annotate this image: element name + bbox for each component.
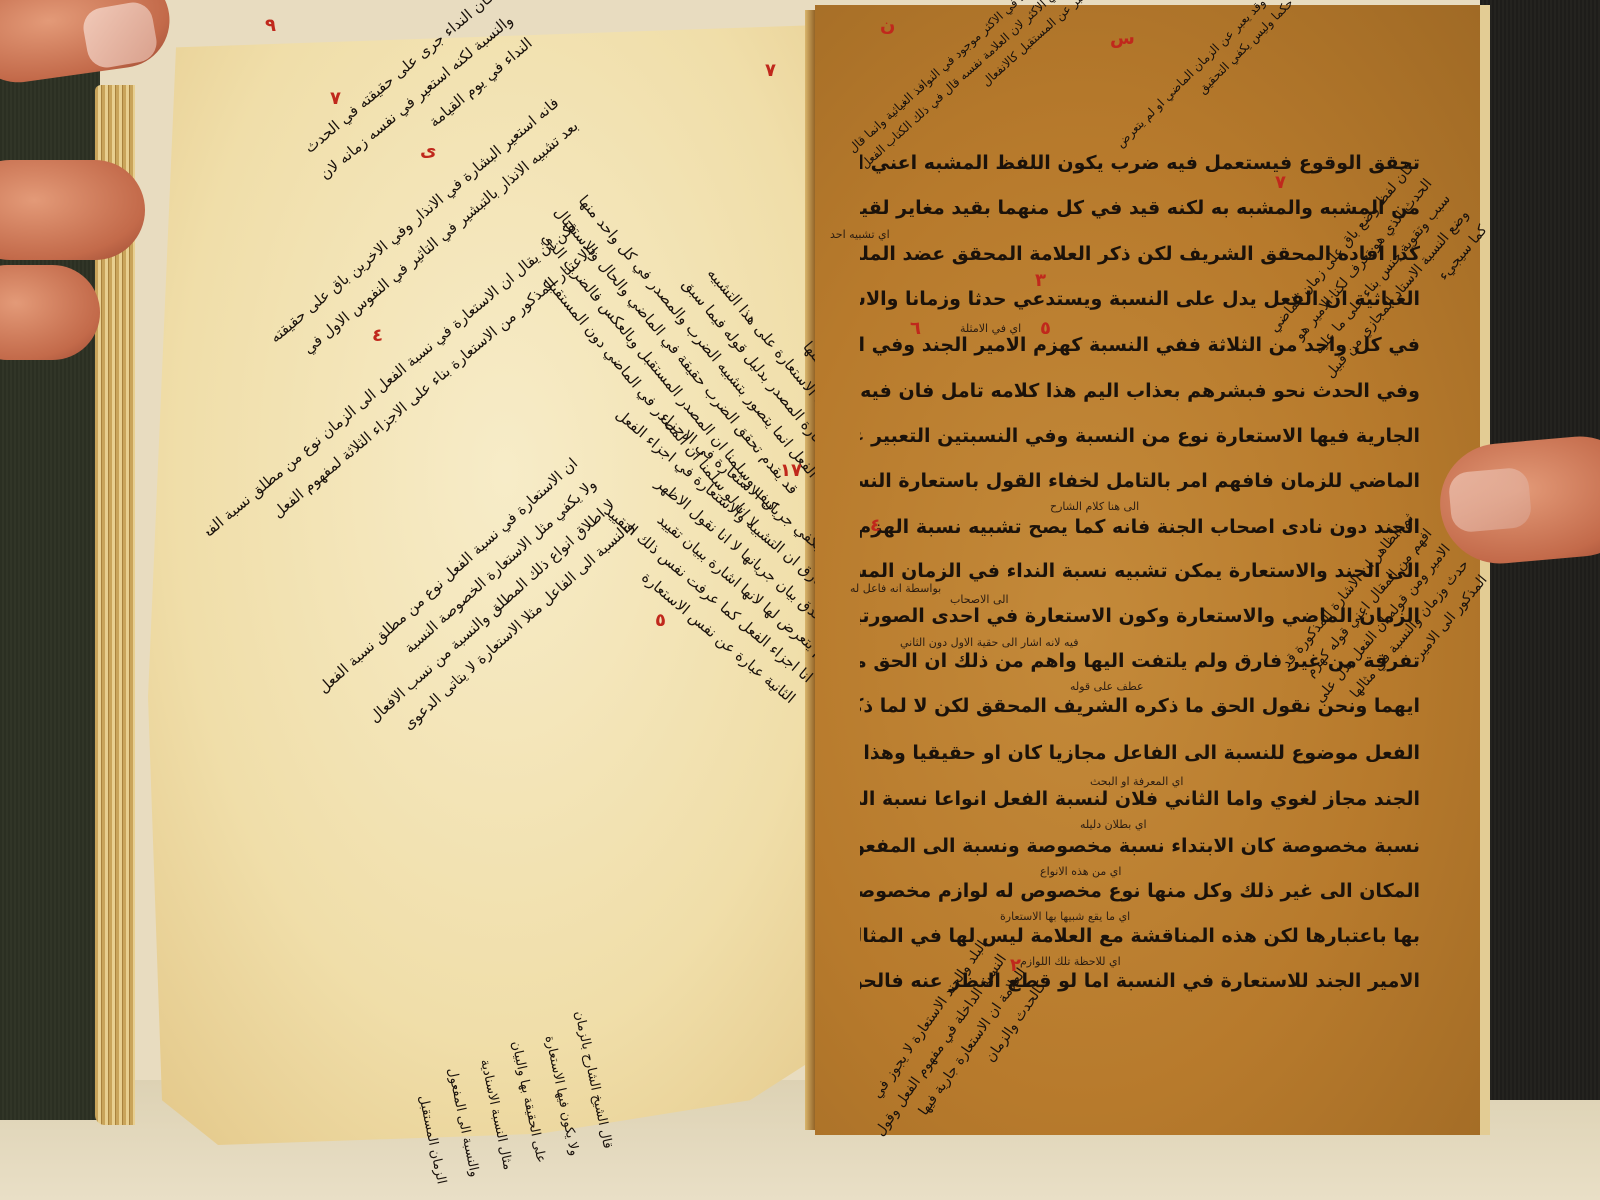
rubric-marker: ٤ <box>372 325 383 346</box>
finger-left-middle <box>0 160 145 260</box>
main-text-line: الجند مجاز لغوي واما الثاني فلان لنسبة ا… <box>860 788 1420 810</box>
main-text-line: الامير الجند للاستعارة في النسبة اما لو … <box>860 970 1420 992</box>
interlinear-gloss: الى هنا كلام الشارح <box>1050 500 1139 513</box>
main-text-line: ايهما ونحن نقول الحق ما ذكره الشريف المح… <box>860 695 1420 717</box>
main-text-line: الجارية فيها الاستعارة نوع من النسبة وفي… <box>860 425 1420 447</box>
main-text-line: في كل واحد من الثلاثة ففي النسبة كهزم ال… <box>860 334 1420 356</box>
fingernail <box>1448 467 1533 534</box>
rubric-marker: ٧ <box>1275 172 1286 193</box>
rubric-marker: ٢ <box>1010 955 1021 976</box>
main-text-line: تحقق الوقوع فيستعمل فيه ضرب يكون اللفظ ا… <box>860 152 1420 174</box>
interlinear-gloss: اي من هذه الانواع <box>1040 865 1121 878</box>
main-text-line: وفي الحدث نحو فبشرهم بعذاب اليم هذا كلام… <box>860 380 1420 402</box>
interlinear-gloss: بواسطة انه فاعل له <box>850 582 941 595</box>
main-text-line: نسبة مخصوصة كان الابتداء نسبة مخصوصة ونس… <box>860 835 1420 857</box>
main-text-line: الغياثية ان الفعل يدل على النسبة ويستدعي… <box>860 288 1420 310</box>
rubric-marker: س <box>1110 28 1135 49</box>
main-text-line: تفرقة من غير فارق ولم يلتفت اليها واهم م… <box>860 650 1420 672</box>
rubric-marker: ٧ <box>765 60 776 81</box>
main-text-line: الفعل موضوع للنسبة الى الفاعل مجازيا كان… <box>860 742 1420 764</box>
rubric-marker: ٥ <box>655 610 666 631</box>
main-text-line: كذا افاده المحقق الشريف لكن ذكر العلامة … <box>860 243 1420 265</box>
rubric-marker: ن <box>880 15 895 36</box>
main-text-line: المكان الى غير ذلك وكل منها نوع مخصوص له… <box>860 880 1420 902</box>
interlinear-gloss: اي بطلان دليله <box>1080 818 1147 831</box>
rubric-marker: ٩ <box>265 15 276 36</box>
interlinear-gloss: اي ما يقع شبيها بها الاستعارة <box>1000 910 1130 923</box>
rubric-marker: ٥ <box>1040 318 1051 339</box>
interlinear-gloss: عطف على قوله <box>1070 680 1144 693</box>
main-text-line: الماضي للزمان فافهم امر بالتامل لخفاء ال… <box>860 470 1420 492</box>
rubric-marker: ١٧ <box>780 460 802 481</box>
interlinear-gloss: الى الاصحاب <box>950 593 1009 606</box>
main-text-line: الجند دون نادى اصحاب الجنة فانه كما يصح … <box>860 516 1420 538</box>
rubric-marker: ٦ <box>910 318 921 339</box>
main-text-line: بها باعتبارها لكن هذه المناقشة مع العلام… <box>860 925 1420 947</box>
finger-left-lower <box>0 265 100 360</box>
main-text-line: من المشبه والمشبه به لكنه قيد في كل منهم… <box>860 197 1420 219</box>
rubric-marker: ٣ <box>1035 270 1046 291</box>
interlinear-gloss: اي تشبيه احد <box>830 228 890 241</box>
rubric-marker: ٧ <box>330 88 341 109</box>
rubric-marker: ٤ <box>870 515 881 536</box>
main-text-line: الى الجند والاستعارة يمكن تشبيه نسبة الن… <box>860 560 1420 582</box>
interlinear-gloss: فيه لانه اشار الى حقية الاول دون الثاني <box>900 636 1079 649</box>
interlinear-gloss: اي المعرفة او البحث <box>1090 775 1183 788</box>
interlinear-gloss: اي في الامثلة <box>960 322 1021 335</box>
main-text-line: الزمان الماضي والاستعارة وكون الاستعارة … <box>860 605 1420 627</box>
rubric-marker: ى <box>420 140 437 161</box>
interlinear-gloss: اي للاحظة تلك اللوازم <box>1020 955 1121 968</box>
